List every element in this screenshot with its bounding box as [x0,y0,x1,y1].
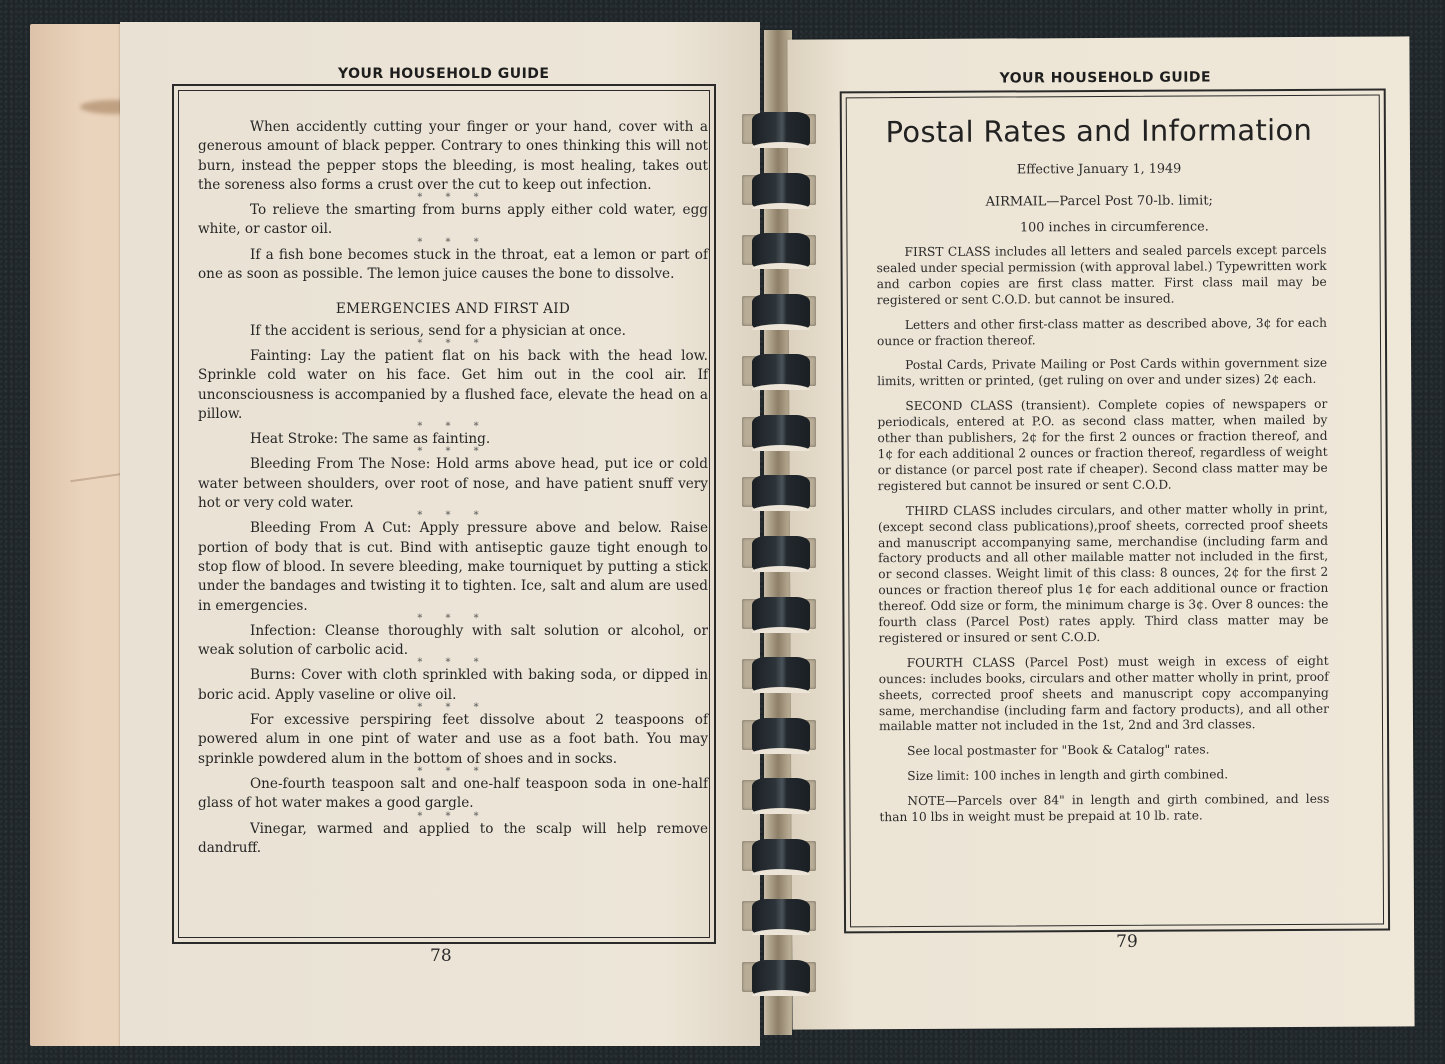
left-page-body: When accidently cutting your finger or y… [198,118,708,858]
paragraph: Burns: Cover with cloth sprinkled with b… [198,666,708,705]
paragraph: SECOND CLASS (transient). Complete copie… [877,397,1327,495]
binding-ring [742,657,816,691]
binding-ring [742,112,816,146]
paragraph: For excessive perspiring feet dissolve a… [198,711,708,769]
paragraph: When accidently cutting your finger or y… [198,118,708,195]
binding-ring [742,839,816,873]
paragraph: Size limit: 100 inches in length and gir… [879,767,1329,785]
binding-ring [742,718,816,752]
page-number-right: 79 [1116,932,1138,952]
paragraph: FIRST CLASS includes all letters and sea… [876,243,1326,309]
paragraph: Letters and other first-class matter as … [877,315,1327,349]
paragraph: Infection: Cleanse thoroughly with salt … [198,622,708,661]
binding-ring [742,597,816,631]
paragraph: See local postmaster for "Book & Catalog… [879,742,1329,760]
paragraph: THIRD CLASS includes circulars, and othe… [878,501,1329,647]
binding-ring [742,778,816,812]
paragraph: Bleeding From A Cut: Apply pressure abov… [198,519,708,615]
binding-ring [742,294,816,328]
paragraph: One-fourth teaspoon salt and one-half te… [198,775,708,814]
paragraph: Postal Cards, Private Mailing or Post Ca… [877,356,1327,390]
running-head-right: YOUR HOUSEHOLD GUIDE [1000,69,1212,86]
paragraph: If a fish bone becomes stuck in the thro… [198,246,708,285]
paragraph: NOTE—Parcels over 84" in length and girt… [879,792,1329,826]
running-head-left: YOUR HOUSEHOLD GUIDE [338,66,549,82]
paragraph: Vinegar, warmed and applied to the scalp… [198,820,708,859]
binding-ring [742,960,816,994]
binding-ring [742,899,816,933]
paragraph: To relieve the smarting from burns apply… [198,201,708,240]
page-79: YOUR HOUSEHOLD GUIDE Postal Rates and In… [787,36,1414,1029]
page-78: YOUR HOUSEHOLD GUIDE When accidently cut… [120,22,760,1046]
page-title: Postal Rates and Information [788,112,1410,149]
page-number-left: 78 [430,946,452,966]
right-page-body: FIRST CLASS includes all letters and sea… [876,243,1329,835]
paragraph: Fainting: Lay the patient flat on his ba… [198,347,708,424]
binding-ring [742,354,816,388]
binding-ring [742,233,816,267]
paragraph: Bleeding From The Nose: Hold arms above … [198,455,708,513]
binding-ring [742,536,816,570]
binding-ring [742,475,816,509]
binding-ring [742,173,816,207]
paragraph: FOURTH CLASS (Parcel Post) must weigh in… [879,654,1329,736]
section-heading: EMERGENCIES AND FIRST AID [198,300,708,319]
binding-ring [742,415,816,449]
